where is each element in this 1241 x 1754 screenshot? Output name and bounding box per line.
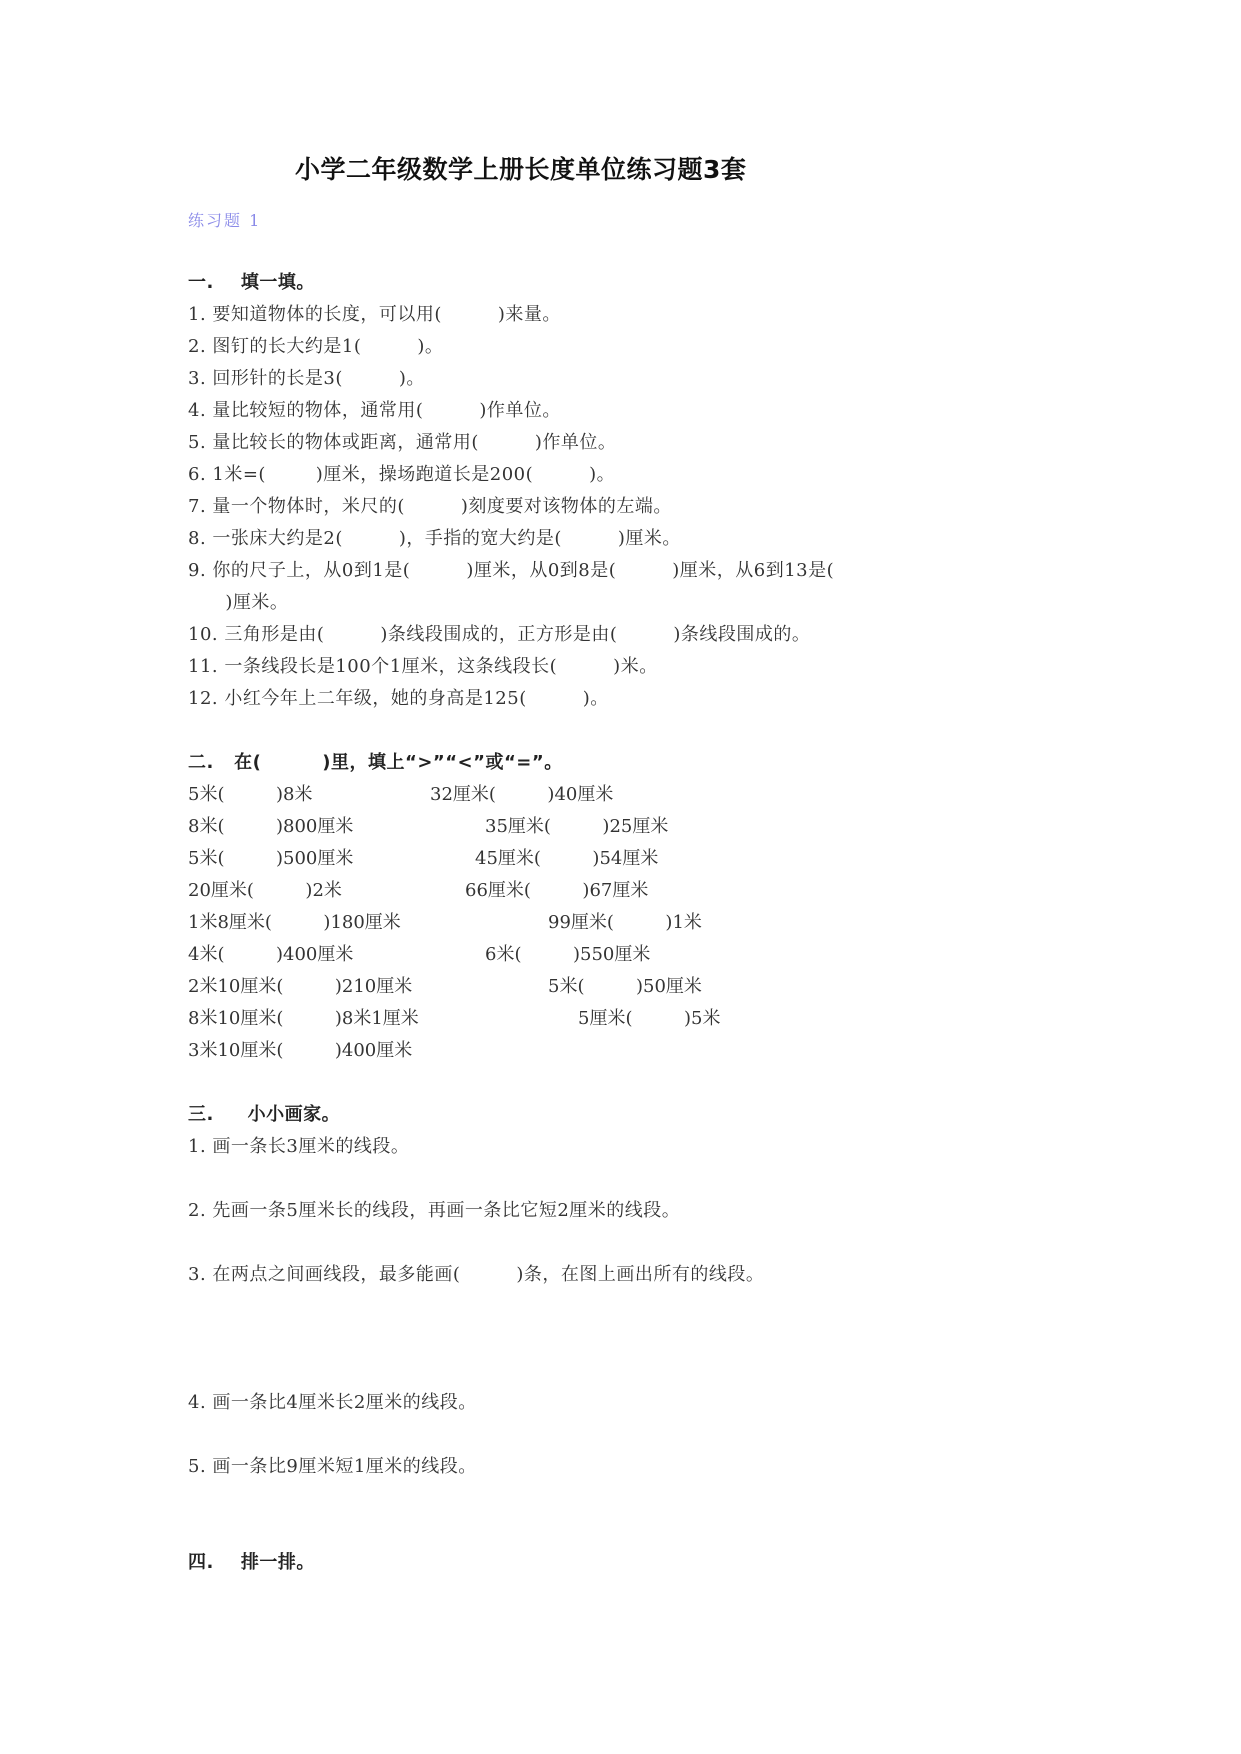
compare-left-7: 2米10厘米( )210厘米 — [188, 972, 412, 998]
question-1-7: 7. 量一个物体时，米尺的( )刻度要对该物体的左端。 — [188, 492, 672, 518]
question-1-10: 10. 三角形是由( )条线段围成的，正方形是由( )条线段围成的。 — [188, 620, 810, 646]
question-1-8: 8. 一张床大约是2( )，手指的宽大约是( )厘米。 — [188, 524, 681, 550]
compare-right-3: 45厘米( )54厘米 — [475, 844, 658, 870]
question-1-11: 11. 一条线段长是100个1厘米，这条线段长( )米。 — [188, 652, 658, 678]
question-1-9-cont: )厘米。 — [188, 588, 288, 614]
compare-left-9: 3米10厘米( )400厘米 — [188, 1036, 412, 1062]
compare-left-8: 8米10厘米( )8米1厘米 — [188, 1004, 419, 1030]
page-title: 小学二年级数学上册长度单位练习题3套 — [295, 150, 746, 186]
drawing-task-5: 5. 画一条比9厘米短1厘米的线段。 — [188, 1452, 477, 1478]
compare-left-6: 4米( )400厘米 — [188, 940, 353, 966]
compare-left-2: 8米( )800厘米 — [188, 812, 353, 838]
question-1-6: 6. 1米=( )厘米，操场跑道长是200( )。 — [188, 460, 615, 486]
drawing-task-4: 4. 画一条比4厘米长2厘米的线段。 — [188, 1388, 477, 1414]
question-1-9: 9. 你的尺子上，从0到1是( )厘米，从0到8是( )厘米，从6到13是( — [188, 556, 834, 582]
compare-right-1: 32厘米( )40厘米 — [430, 780, 613, 806]
drawing-task-3: 3. 在两点之间画线段，最多能画( )条，在图上画出所有的线段。 — [188, 1260, 764, 1286]
compare-right-6: 6米( )550厘米 — [485, 940, 650, 966]
question-1-3: 3. 回形针的长是3( )。 — [188, 364, 425, 390]
section-1-heading: 一. 填一填。 — [188, 268, 315, 294]
compare-right-2: 35厘米( )25厘米 — [485, 812, 668, 838]
document-page: 小学二年级数学上册长度单位练习题3套 练习题 1 一. 填一填。 1. 要知道物… — [0, 0, 1241, 1754]
compare-left-3: 5米( )500厘米 — [188, 844, 353, 870]
compare-left-1: 5米( )8米 — [188, 780, 312, 806]
drawing-task-2: 2. 先画一条5厘米长的线段，再画一条比它短2厘米的线段。 — [188, 1196, 680, 1222]
exercise-subtitle: 练习题 1 — [188, 208, 261, 231]
question-1-5: 5. 量比较长的物体或距离，通常用( )作单位。 — [188, 428, 616, 454]
drawing-task-1: 1. 画一条长3厘米的线段。 — [188, 1132, 409, 1158]
compare-right-7: 5米( )50厘米 — [548, 972, 702, 998]
question-1-12: 12. 小红今年上二年级，她的身高是125( )。 — [188, 684, 609, 710]
section-3-heading: 三. 小小画家。 — [188, 1100, 340, 1126]
compare-right-4: 66厘米( )67厘米 — [465, 876, 648, 902]
compare-right-5: 99厘米( )1米 — [548, 908, 702, 934]
question-1-4: 4. 量比较短的物体，通常用( )作单位。 — [188, 396, 561, 422]
compare-right-8: 5厘米( )5米 — [578, 1004, 720, 1030]
compare-left-5: 1米8厘米( )180厘米 — [188, 908, 401, 934]
question-1-1: 1. 要知道物体的长度，可以用( )来量。 — [188, 300, 561, 326]
question-1-2: 2. 图钉的长大约是1( )。 — [188, 332, 443, 358]
section-2-heading: 二. 在( )里，填上“>”“<”或“=”。 — [188, 748, 563, 774]
section-4-heading: 四. 排一排。 — [188, 1548, 315, 1574]
compare-left-4: 20厘米( )2米 — [188, 876, 342, 902]
